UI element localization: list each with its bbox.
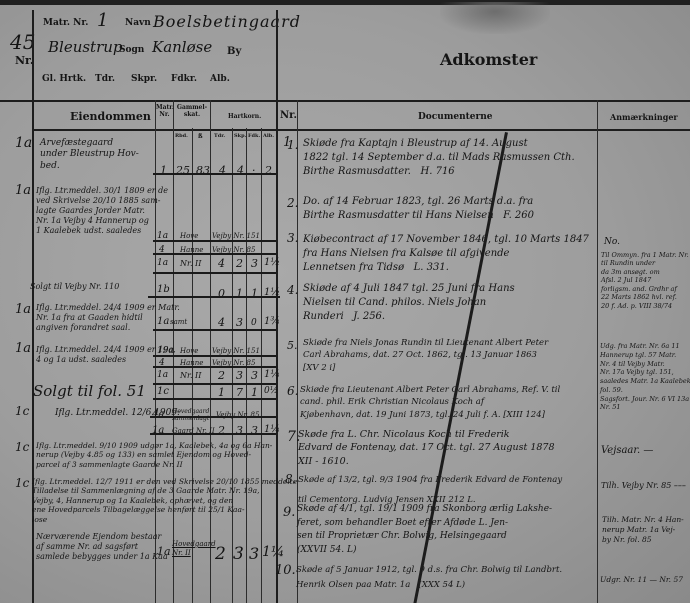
- col-header-anmaerkninger: Anmærkninger: [610, 112, 678, 122]
- document-nr: 6.: [287, 384, 298, 398]
- sub-matr: 1a: [157, 545, 171, 558]
- property-entry: Iflg. Ltr.meddel. 9/10 1909 udgør 1a, Ka…: [36, 441, 272, 469]
- document-nr: 3.: [287, 231, 298, 245]
- property-entry: Iflg. Ltr.meddel. 30/1 1809 er de ved Sk…: [36, 186, 168, 236]
- value-fdk: 1: [251, 287, 258, 300]
- sub-header-skp: Skp.: [234, 133, 246, 139]
- header-rule: [0, 100, 690, 102]
- remark-note: Tilh. Matr. Nr. 4 Han- nerup Matr. 1a Ve…: [602, 515, 684, 544]
- value-tdr: 2: [215, 544, 226, 564]
- rate-label-alb: Alb.: [210, 74, 230, 84]
- sub-header-skilling: ß: [198, 133, 203, 140]
- value-tdr: 2: [218, 424, 225, 437]
- register-page: 45 Nr. Matr. Nr. 1 Navn Boelsbetingaard …: [0, 0, 690, 603]
- col-header-matr-nr: Matr. Nr.: [156, 104, 173, 118]
- strike-line: [153, 355, 276, 357]
- sub-note: Vejby Nr. 151: [212, 232, 260, 240]
- table-header-rule: [32, 129, 690, 131]
- document-entry: Skiøde fra Kaptajn i Bleustrup af 14. Au…: [303, 137, 575, 178]
- navn-label: Navn: [125, 18, 151, 28]
- sub-matr: 1c: [157, 386, 169, 397]
- strike-line: [150, 416, 276, 418]
- document-entry: Skiøde af 4 Juli 1847 tgl. 25 Juni fra H…: [303, 282, 515, 323]
- property-entry: Arvefæstegaard under Bleustrup Hov- bed.: [40, 138, 139, 172]
- value-skp: 1: [236, 287, 243, 300]
- strike-line: [150, 433, 276, 435]
- value-tdr: 4: [219, 164, 226, 177]
- value-fdk: 3: [249, 544, 259, 563]
- sub-header-rbd: Rbd.: [175, 133, 188, 139]
- value-tdr: 2: [218, 369, 225, 382]
- remark-mark: No.: [604, 237, 620, 248]
- value-skp: 3: [233, 544, 244, 564]
- property-entry: Iflg. Ltr.meddel. 12/7 1911 er den ved S…: [32, 477, 297, 524]
- row-nr: 1c: [15, 476, 29, 490]
- value-alb: 1¼: [264, 369, 280, 380]
- sogn-value: Kanløse: [152, 38, 212, 56]
- value-tdr: 4: [218, 257, 225, 270]
- value-rbd: 25: [176, 164, 190, 177]
- place-value: Bleustrup: [48, 38, 123, 56]
- col-header-hartkorn: Hartkorn.: [228, 113, 261, 120]
- value-skp: 4: [237, 164, 244, 177]
- by-label: By: [227, 46, 241, 57]
- sub-matr: 1a: [157, 370, 168, 380]
- value-alb: 1¾: [264, 316, 280, 327]
- rate-label-fdkr: Fdkr.: [171, 74, 197, 84]
- value-tdr: 0: [218, 287, 225, 300]
- col-header-eiendommen: Eiendommen: [70, 110, 151, 123]
- strike-line: [153, 398, 276, 400]
- value-skp: 3: [236, 316, 243, 329]
- row-nr: 1c: [15, 440, 29, 454]
- strike-line: [153, 173, 276, 175]
- value-matr: 1: [160, 164, 167, 177]
- col-header-gammel-skat: Gammel-skat.: [175, 104, 209, 118]
- strike-line: [153, 240, 276, 242]
- rate-label-skpr: Skpr.: [131, 74, 157, 84]
- section-title-adkomster: Adkomster: [440, 50, 537, 69]
- document-nr: 5.: [287, 339, 298, 352]
- document-entry: Do. af 14 Februar 1823, tgl. 26 Marts d.…: [303, 195, 534, 223]
- sub-label: samt: [170, 318, 187, 326]
- document-nr: 1.: [287, 138, 298, 152]
- navn-value: Boelsbetingaard: [153, 12, 301, 31]
- value-alb: 1½: [264, 257, 280, 268]
- value-alb: 1¼: [262, 544, 284, 560]
- value-alb: 2: [265, 164, 272, 177]
- remark-note: Til Ommyn. fra 1 Matr. Nr. til Rundin un…: [601, 251, 689, 310]
- matr-nr-label: Matr. Nr.: [43, 18, 88, 28]
- row-nr: 1c: [15, 404, 29, 418]
- value-fdk: 3: [251, 257, 258, 270]
- paper-stain: [440, 2, 550, 34]
- document-entry: Kiøbecontract af 17 November 1846, tgl. …: [303, 233, 589, 274]
- document-nr: 2.: [287, 196, 298, 210]
- strike-line: [153, 272, 276, 274]
- document-entry: Skøde fra L. Chr. Nicolaus Koch til Fred…: [298, 428, 555, 468]
- strike-line: [153, 366, 276, 368]
- document-nr: 4.: [287, 283, 298, 297]
- sub-matr: 1a: [157, 258, 168, 268]
- sub-note: Vejby Nr. 85: [216, 411, 259, 419]
- sub-header-alb: Alb.: [263, 133, 274, 139]
- scan-top-edge: [0, 0, 690, 5]
- strike-line: [153, 329, 276, 331]
- value-fdk: 3: [251, 424, 258, 437]
- sub-label: Hove: [180, 232, 198, 240]
- document-nr: 10.: [275, 563, 296, 578]
- matr-nr-value: 1: [97, 10, 108, 31]
- property-entry: Nærværende Ejendom bestaar af samme Nr. …: [36, 532, 168, 562]
- col-line-hartkorn: [210, 100, 211, 603]
- row-nr: 1a: [15, 302, 31, 317]
- strike-line: [153, 253, 276, 255]
- value-fdk: 0: [251, 318, 257, 328]
- sub-label: Hove: [180, 347, 198, 355]
- sub-header-tdr: Tdr.: [214, 133, 225, 139]
- header-nr-label: Nr.: [15, 54, 34, 67]
- strike-line: [153, 383, 276, 385]
- value-skilling: 83: [196, 164, 210, 177]
- row-nr: 1a: [15, 135, 32, 151]
- sub-header-fdk: Fdk.: [248, 133, 260, 139]
- row-nr: 1a: [15, 183, 31, 198]
- sub-label: Nr. II: [180, 259, 201, 268]
- col-header-nr: Nr.: [280, 110, 297, 121]
- remark-note: Udgr. Nr. 11 — Nr. 57: [600, 575, 683, 584]
- col-header-documenterne: Documenterne: [418, 112, 493, 122]
- value-fdk: ·: [252, 164, 256, 177]
- sub-matr: 4a: [152, 409, 164, 420]
- property-entry: Solgt til Vejby Nr. 110: [30, 282, 119, 292]
- row-nr: 1a: [15, 341, 31, 356]
- value-skp: 3: [236, 424, 243, 437]
- value-alb: 0½: [264, 386, 278, 396]
- document-entry: Skøde af 5 Januar 1912, tgl. 9 d.s. fra …: [296, 563, 562, 594]
- value-skp: 2: [236, 257, 243, 270]
- document-entry: Skiøde fra Lieutenant Albert Peter Carl …: [300, 384, 560, 421]
- document-nr: 8.: [285, 472, 296, 486]
- strike-line: [148, 296, 280, 298]
- sogn-label: Sogn: [119, 45, 144, 55]
- sold-note: Solgt til fol. 51: [33, 382, 146, 400]
- rate-label-tdr: Tdr.: [95, 74, 115, 84]
- sub-label: Hovedgaard Nr. II: [172, 540, 208, 558]
- sub-note: Vejby Nr. 151: [212, 347, 260, 355]
- rate-label-gl-hrtk: Gl. Hrtk.: [42, 74, 86, 84]
- value-tdr: 4: [218, 316, 225, 329]
- value-fdk: 3: [251, 369, 258, 382]
- remark-note: Vejsaar. —: [601, 445, 653, 456]
- remark-note: Tilh. Vejby Nr. 85 –––: [601, 481, 686, 490]
- col-line-anmaerk: [597, 100, 598, 603]
- document-nr: 9.: [283, 505, 295, 520]
- sub-matr: 1b: [157, 284, 170, 295]
- document-entry: Skiøde fra Niels Jonas Rundin til Lieute…: [303, 337, 548, 374]
- value-skp: 3: [236, 369, 243, 382]
- sub-matr: 1a: [157, 316, 169, 327]
- remark-note: Udg. fra Matr. Nr. 6a 11 Hannerup tgl. 5…: [600, 342, 690, 412]
- sub-label: Nr. II: [180, 371, 201, 380]
